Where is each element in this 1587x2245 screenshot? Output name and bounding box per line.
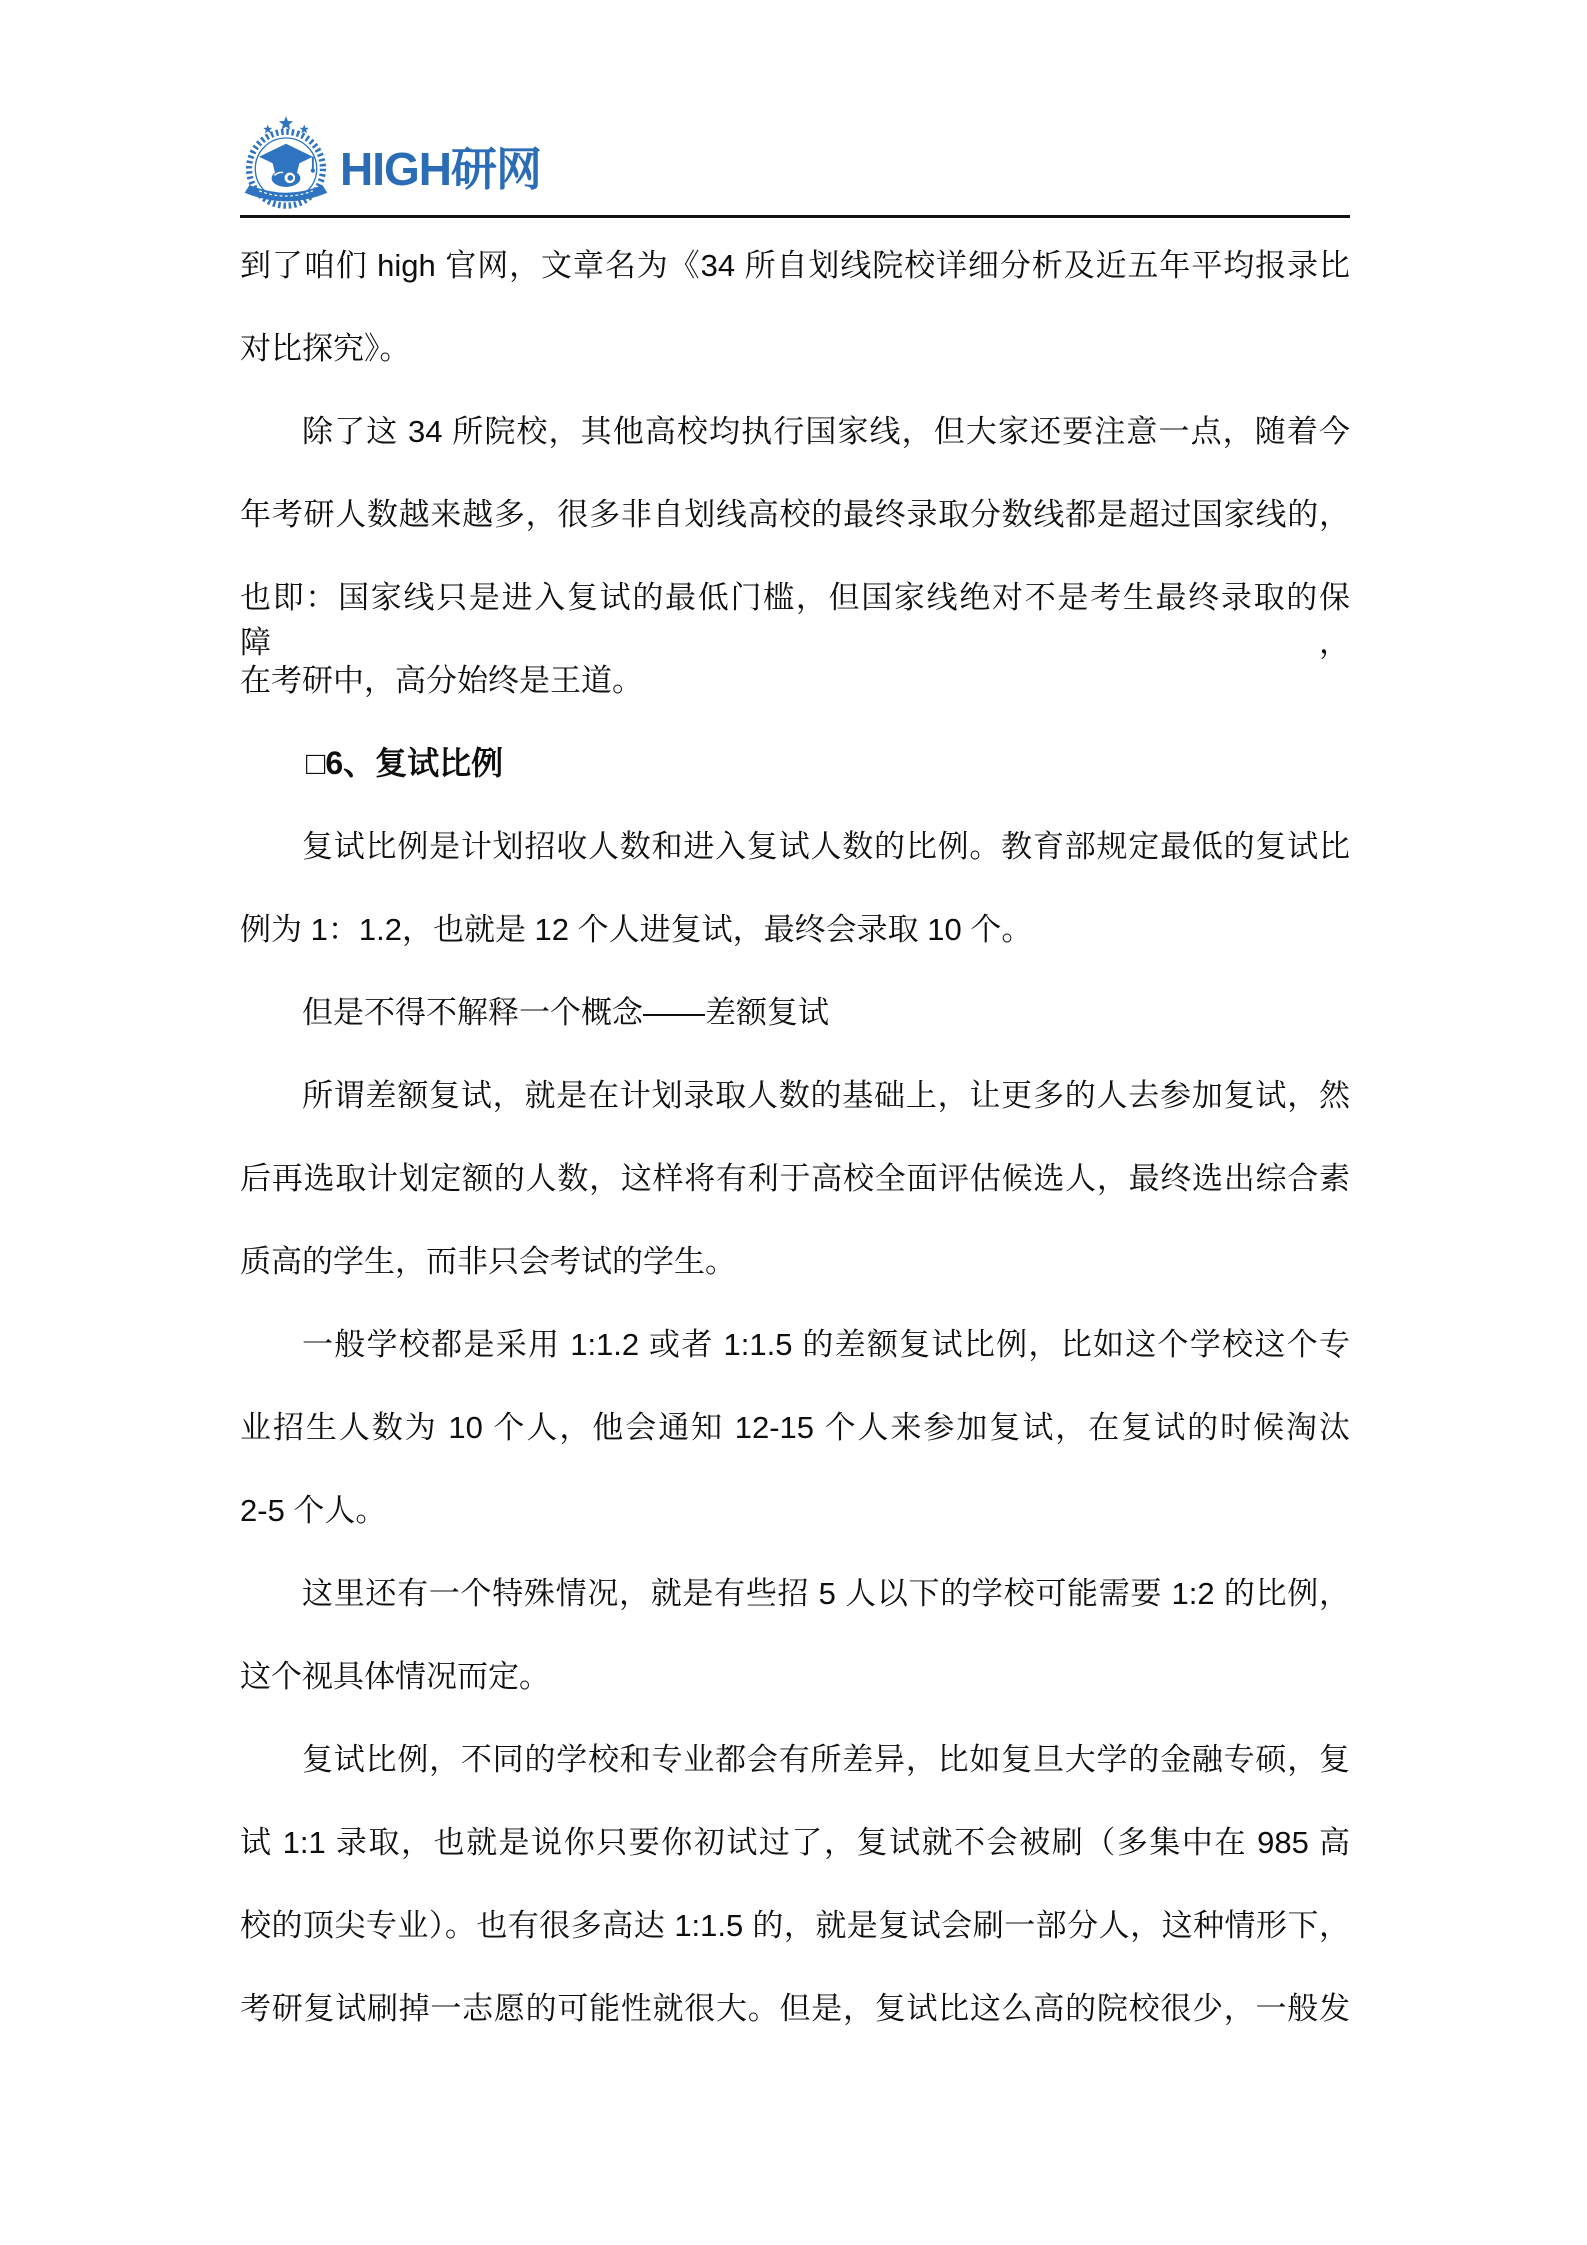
logo-brand-text: HIGH研网: [340, 133, 541, 199]
body-line: 例为 1：1.2，也就是 12 个人进复试，最终会录取 10 个。: [240, 907, 1350, 990]
body-line: 到了咱们 high 官网，文章名为《34 所自划线院校详细分析及近五年平均报录比: [240, 243, 1350, 326]
body-line: 年考研人数越来越多，很多非自划线高校的最终录取分数线都是超过国家线的，: [240, 492, 1350, 575]
body-line: 也即：国家线只是进入复试的最低门槛，但国家线绝对不是考生最终录取的保障，: [240, 575, 1350, 658]
body-line: 在考研中，高分始终是王道。: [240, 658, 1350, 741]
body-line: 校的顶尖专业）。也有很多高达 1:1.5 的，就是复试会刷一部分人，这种情形下，: [240, 1903, 1350, 1986]
body-line: 业招生人数为 10 个人，他会通知 12-15 个人来参加复试，在复试的时候淘汰: [240, 1405, 1350, 1488]
body-line: 一般学校都是采用 1:1.2 或者 1:1.5 的差额复试比例，比如这个学校这个…: [240, 1322, 1350, 1405]
header-divider: [240, 215, 1350, 218]
body-line: 复试比例是计划招收人数和进入复试人数的比例。教育部规定最低的复试比: [240, 824, 1350, 907]
document-body: 到了咱们 high 官网，文章名为《34 所自划线院校详细分析及近五年平均报录比…: [240, 243, 1350, 2069]
body-line: 复试比例，不同的学校和专业都会有所差异，比如复旦大学的金融专硕，复: [240, 1737, 1350, 1820]
document-page: HIGH研网 到了咱们 high 官网，文章名为《34 所自划线院校详细分析及近…: [0, 0, 1587, 2245]
body-line: 试 1:1 录取，也就是说你只要你初试过了，复试就不会被刷（多集中在 985 高: [240, 1820, 1350, 1903]
site-logo: HIGH研网: [238, 114, 541, 210]
body-line: 这里还有一个特殊情况，就是有些招 5 人以下的学校可能需要 1:2 的比例，: [240, 1571, 1350, 1654]
body-line: 除了这 34 所院校，其他高校均执行国家线，但大家还要注意一点，随着今: [240, 409, 1350, 492]
section-heading: □6、复试比例: [240, 741, 1350, 824]
body-line: 后再选取计划定额的人数，这样将有利于高校全面评估候选人，最终选出综合素: [240, 1156, 1350, 1239]
body-line: 质高的学生，而非只会考试的学生。: [240, 1239, 1350, 1322]
body-line: 对比探究》。: [240, 326, 1350, 409]
logo-emblem-icon: [238, 114, 334, 210]
body-line: 2-5 个人。: [240, 1488, 1350, 1571]
body-line: 考研复试刷掉一志愿的可能性就很大。但是，复试比这么高的院校很少，一般发: [240, 1986, 1350, 2069]
body-line: 所谓差额复试，就是在计划录取人数的基础上，让更多的人去参加复试，然: [240, 1073, 1350, 1156]
body-line: 这个视具体情况而定。: [240, 1654, 1350, 1737]
body-line: 但是不得不解释一个概念——差额复试: [240, 990, 1350, 1073]
